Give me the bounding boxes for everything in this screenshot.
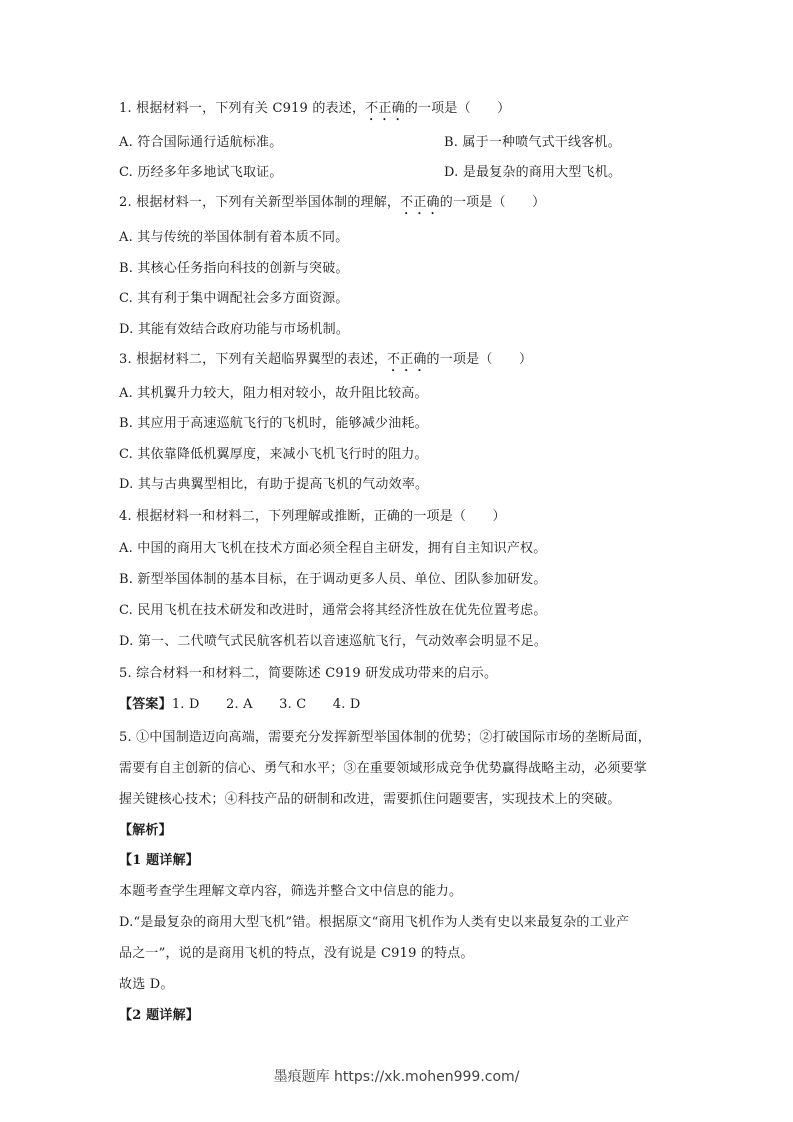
question-1-option-a: A. 符合国际通行适航标准。: [119, 135, 282, 151]
footer-watermark: 墨痕题库 https://xk.mohen999.com/: [0, 1066, 793, 1086]
answer-label: 【答案】: [119, 697, 172, 712]
stem-text: 1. 根据材料一，下列有关 C919 的表述，: [119, 101, 365, 116]
question-2-option-b: B. 其核心任务指向科技的创新与突破。: [119, 261, 349, 277]
stem-text: 的一项是（ ）: [440, 195, 546, 210]
q1-detail-line-2: D.“是最复杂的商用大型飞机”错。根据原文“商用飞机作为人类有史以来最复杂的工业…: [119, 915, 629, 931]
document-page: 1. 根据材料一，下列有关 C919 的表述，不正确的一项是（ ） A. 符合国…: [0, 0, 793, 1122]
answer-q5-line-3: 握关键核心技术；④科技产品的研制和改进，需要抓住问题要害，实现技术上的突破。: [119, 792, 621, 808]
q1-detail-heading: 【1 题详解】: [119, 853, 199, 869]
question-2-option-a: A. 其与传统的举国体制有着本质不同。: [119, 230, 348, 246]
emphasis-text: 不正确: [387, 352, 427, 367]
question-1-stem: 1. 根据材料一，下列有关 C919 的表述，不正确的一项是（ ）: [119, 101, 510, 124]
question-4-option-d: D. 第一、二代喷气式民航客机若以音速巡航飞行，气动效率会明显不足。: [119, 634, 547, 650]
q1-detail-line-4: 故选 D。: [119, 977, 174, 993]
question-4-stem: 4. 根据材料一和材料二，下列理解或推断，正确的一项是（ ）: [119, 509, 506, 525]
question-3-option-a: A. 其机翼升力较大，阻力相对较小，故升阻比较高。: [119, 386, 428, 402]
question-3-option-c: C. 其依靠降低机翼厚度，来减小飞机飞行时的阻力。: [119, 447, 428, 463]
q1-detail-line-3: 品之一”，说的是商用飞机的特点，没有说是 C919 的特点。: [119, 946, 474, 962]
question-2-option-d: D. 其能有效结合政府功能与市场机制。: [119, 322, 349, 338]
question-3-stem: 3. 根据材料二，下列有关超临界翼型的表述，不正确的一项是（ ）: [119, 352, 532, 375]
question-4-option-a: A. 中国的商用大飞机在技术方面必须全程自主研发，拥有自主知识产权。: [119, 541, 546, 557]
answer-q5-line-1: 5. ①中国制造迈向高端，需要充分发挥新型举国体制的优势；②打破国际市场的垄断局…: [119, 730, 651, 746]
answer-items: 1. D 2. A 3. C 4. D: [172, 697, 361, 712]
q1-detail-line-1: 本题考查学生理解文章内容，筛选并整合文中信息的能力。: [119, 884, 462, 900]
question-4-option-b: B. 新型举国体制的基本目标，在于调动更多人员、单位、团队参加研发。: [119, 572, 547, 588]
answer-line: 【答案】1. D 2. A 3. C 4. D: [119, 697, 361, 713]
q2-detail-heading: 【2 题详解】: [119, 1008, 199, 1024]
emphasis-text: 不正确: [400, 195, 440, 210]
question-2-stem: 2. 根据材料一，下列有关新型举国体制的理解，不正确的一项是（ ）: [119, 195, 545, 218]
question-3-option-b: B. 其应用于高速巡航飞行的飞机时，能够减少油耗。: [119, 416, 428, 432]
emphasis-text: 不正确: [365, 101, 405, 116]
question-2-option-c: C. 其有利于集中调配社会多方面资源。: [119, 291, 349, 307]
stem-text: 3. 根据材料二，下列有关超临界翼型的表述，: [119, 352, 387, 367]
question-4-option-c: C. 民用飞机在技术研发和改进时，通常会将其经济性放在优先位置考虑。: [119, 603, 547, 619]
stem-text: 的一项是（ ）: [427, 352, 533, 367]
stem-text: 的一项是（ ）: [405, 101, 511, 116]
question-1-option-d: D. 是最复杂的商用大型飞机。: [444, 165, 621, 181]
stem-text: 2. 根据材料一，下列有关新型举国体制的理解，: [119, 195, 400, 210]
question-3-option-d: D. 其与古典翼型相比，有助于提高飞机的气动效率。: [119, 477, 428, 493]
analysis-label: 【解析】: [119, 823, 172, 839]
answer-q5-line-2: 需要有自主创新的信心、勇气和水平；③在重要领域形成竞争优势赢得战略主动，必须要掌: [119, 761, 647, 777]
question-5-stem: 5. 综合材料一和材料二，简要陈述 C919 研发成功带来的启示。: [119, 666, 497, 682]
question-1-option-c: C. 历经多年多地试飞取证。: [119, 165, 283, 181]
question-1-option-b: B. 属于一种喷气式干线客机。: [444, 135, 621, 151]
